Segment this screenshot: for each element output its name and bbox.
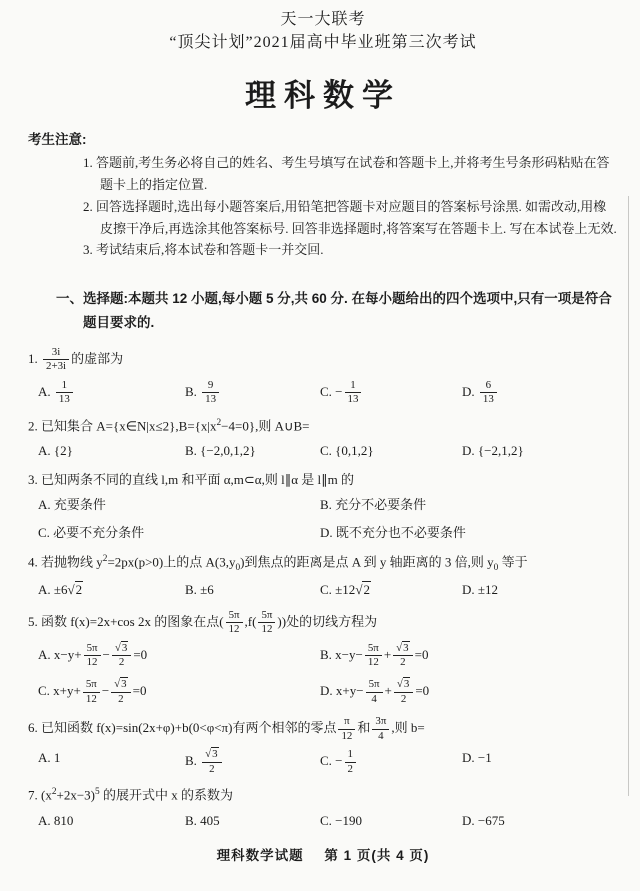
footer-doc-label: 理科数学试题 xyxy=(217,848,304,863)
option-d: D. x+y−5π4+√32=0 xyxy=(320,678,618,706)
notice-item-3: 3. 考试结束后,将本试卷和答题卡一并交回. xyxy=(28,239,618,261)
question-options: A. 1B. √32C. −12D. −1 xyxy=(28,748,618,776)
question-2: 2. 已知集合 A={x∈N|x≤2},B={x|x2−4=0},则 A∪B=A… xyxy=(28,416,618,461)
option-d: D. {−2,1,2} xyxy=(462,441,618,461)
section-header-choice: 一、选择题:本题共 12 小题,每小题 5 分,共 60 分. 在每小题给出的四… xyxy=(28,287,618,336)
question-3: 3. 已知两条不同的直线 l,m 和平面 α,m⊂α,则 l∥α 是 l∥m 的… xyxy=(28,470,618,543)
option-d: D. −1 xyxy=(462,748,618,776)
question-7: 7. (x2+2x−3)5 的展开式中 x 的系数为A. 810B. 405C.… xyxy=(28,785,618,830)
footer-page-number: 第 1 页(共 4 页) xyxy=(324,848,429,863)
question-options: A. {2}B. {−2,0,1,2}C. {0,1,2}D. {−2,1,2} xyxy=(28,441,618,461)
option-b: B. 405 xyxy=(185,811,320,831)
question-5: 5. 函数 f(x)=2x+cos 2x 的图象在点(5π12,f(5π12))… xyxy=(28,609,618,707)
option-d: D. 613 xyxy=(462,379,618,407)
question-options: A. ±6√2B. ±6C. ±12√2D. ±12 xyxy=(28,580,618,600)
question-stem: 2. 已知集合 A={x∈N|x≤2},B={x|x2−4=0},则 A∪B= xyxy=(28,416,618,436)
option-d: D. −675 xyxy=(462,811,618,831)
exam-organizer: 天一大联考 xyxy=(28,8,618,31)
notice-title: 考生注意: xyxy=(28,129,618,152)
question-stem: 5. 函数 f(x)=2x+cos 2x 的图象在点(5π12,f(5π12))… xyxy=(28,609,618,637)
notice-block: 考生注意: 1. 答题前,考生务必将自己的姓名、考生号填写在试卷和答题卡上,并将… xyxy=(28,129,618,261)
notice-item-1: 1. 答题前,考生务必将自己的姓名、考生号填写在试卷和答题卡上,并将考生号条形码… xyxy=(28,152,618,196)
option-c: C. −12 xyxy=(320,748,462,776)
scan-edge-line xyxy=(628,196,629,796)
option-a: A. {2} xyxy=(38,441,185,461)
notice-item-2: 2. 回答选择题时,选出每小题答案后,用铅笔把答题卡对应题目的答案标号涂黑. 如… xyxy=(28,196,618,240)
question-stem: 6. 已知函数 f(x)=sin(2x+φ)+b(0<φ<π)有两个相邻的零点π… xyxy=(28,715,618,743)
option-a: A. 1 xyxy=(38,748,185,776)
option-c: C. 必要不充分条件 xyxy=(38,523,320,543)
option-a: A. 810 xyxy=(38,811,185,831)
option-b: B. 913 xyxy=(185,379,320,407)
page-footer: 理科数学试题 第 1 页(共 4 页) xyxy=(28,844,618,864)
question-options: A. x−y+5π12−√32=0B. x−y−5π12+√32=0C. x+y… xyxy=(28,642,618,707)
option-b: B. 充分不必要条件 xyxy=(320,495,618,515)
questions: 1. 3i2+3i的虚部为A. 113B. 913C. −113D. 6132.… xyxy=(28,346,618,830)
option-c: C. −190 xyxy=(320,811,462,831)
exam-paper-page: 天一大联考 “顶尖计划”2021届高中毕业班第三次考试 理科数学 考生注意: 1… xyxy=(0,0,640,864)
option-c: C. −113 xyxy=(320,379,462,407)
question-options: A. 113B. 913C. −113D. 613 xyxy=(28,379,618,407)
option-a: A. 113 xyxy=(38,379,185,407)
question-stem: 7. (x2+2x−3)5 的展开式中 x 的系数为 xyxy=(28,785,618,805)
option-c: C. {0,1,2} xyxy=(320,441,462,461)
option-b: B. {−2,0,1,2} xyxy=(185,441,320,461)
exam-session: “顶尖计划”2021届高中毕业班第三次考试 xyxy=(28,31,618,54)
option-c: C. x+y+5π12−√32=0 xyxy=(38,678,320,706)
option-d: D. ±12 xyxy=(462,580,618,600)
option-c: C. ±12√2 xyxy=(320,580,462,600)
question-stem: 1. 3i2+3i的虚部为 xyxy=(28,346,618,374)
question-options: A. 充要条件B. 充分不必要条件C. 必要不充分条件D. 既不充分也不必要条件 xyxy=(28,495,618,543)
paper-title: 理科数学 xyxy=(28,70,618,115)
question-stem: 4. 若抛物线 y2=2px(p>0)上的点 A(3,y0)到焦点的距离是点 A… xyxy=(28,552,618,575)
option-b: B. √32 xyxy=(185,748,320,776)
question-1: 1. 3i2+3i的虚部为A. 113B. 913C. −113D. 613 xyxy=(28,346,618,407)
option-a: A. ±6√2 xyxy=(38,580,185,600)
option-a: A. x−y+5π12−√32=0 xyxy=(38,642,320,670)
option-a: A. 充要条件 xyxy=(38,495,320,515)
question-6: 6. 已知函数 f(x)=sin(2x+φ)+b(0<φ<π)有两个相邻的零点π… xyxy=(28,715,618,776)
question-4: 4. 若抛物线 y2=2px(p>0)上的点 A(3,y0)到焦点的距离是点 A… xyxy=(28,552,618,600)
option-b: B. ±6 xyxy=(185,580,320,600)
question-options: A. 810B. 405C. −190D. −675 xyxy=(28,811,618,831)
option-d: D. 既不充分也不必要条件 xyxy=(320,523,618,543)
question-stem: 3. 已知两条不同的直线 l,m 和平面 α,m⊂α,则 l∥α 是 l∥m 的 xyxy=(28,470,618,490)
option-b: B. x−y−5π12+√32=0 xyxy=(320,642,618,670)
